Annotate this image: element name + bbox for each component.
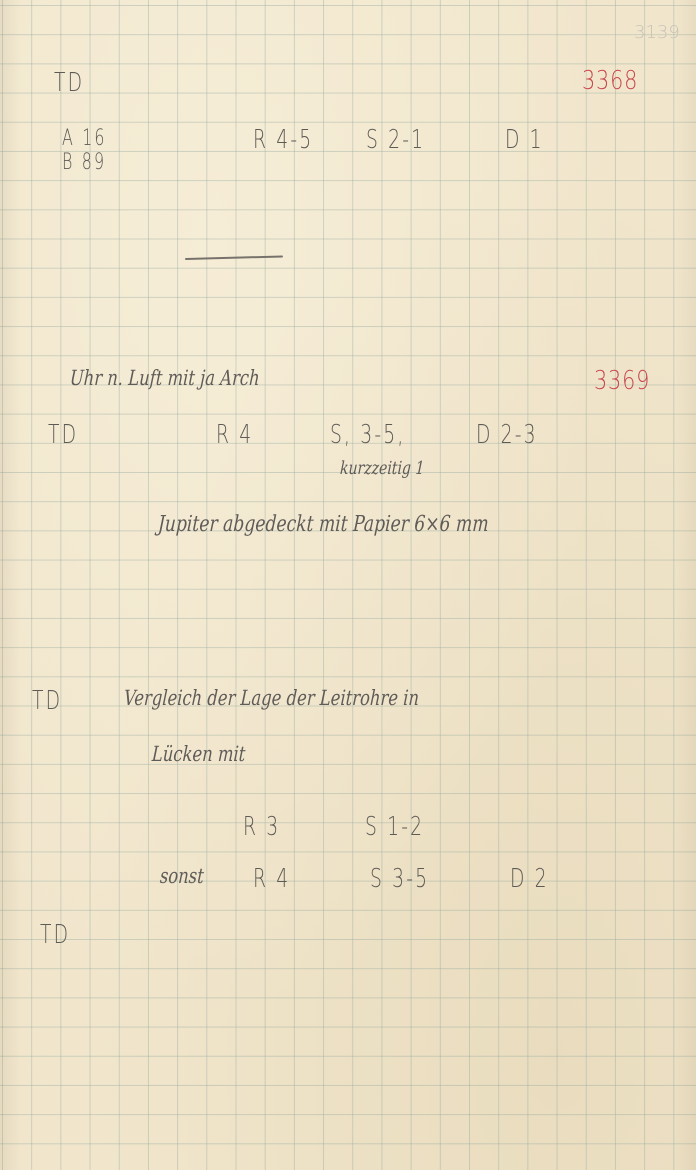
- reading-r: R 3: [243, 812, 280, 842]
- entry-label-td: TD: [48, 420, 78, 450]
- reading-s: S 1-2: [365, 812, 424, 842]
- reading-r: R 4: [253, 864, 290, 894]
- separator-line: [185, 255, 283, 260]
- entry-remark: Jupiter abgedeckt mit Papier 6×6 mm: [157, 512, 489, 537]
- entry-number: 3368: [582, 66, 638, 96]
- reading-r: R 4-5: [253, 125, 313, 155]
- reading-d: D 2-3: [476, 420, 538, 450]
- reading-s: S 2-1: [366, 125, 425, 155]
- value-b: B 89: [62, 152, 106, 174]
- entry-label-td: TD: [40, 920, 70, 950]
- entry-number: 3369: [594, 366, 650, 396]
- value-a: A 16: [62, 128, 107, 150]
- reading-s: S 3-5: [370, 864, 429, 894]
- entry-label-td: TD: [54, 68, 84, 98]
- entry-note: Uhr n. Luft mit ja Arch: [69, 366, 260, 390]
- readings-prefix: sonst: [159, 864, 204, 888]
- reading-d: D 2: [510, 864, 549, 894]
- entry-note-line-1: Vergleich der Lage der Leitrohre in: [123, 686, 419, 710]
- entry-note-line-2: Lücken mit: [151, 742, 246, 766]
- page-stamp-number: 3139: [634, 22, 680, 43]
- reading-d: D 1: [505, 125, 544, 155]
- entry-sub-note: kurzzeitig 1: [339, 458, 425, 479]
- reading-s: S, 3-5,: [330, 420, 405, 450]
- notebook-page: 3139 TD 3368 A 16 B 89 R 4-5 S 2-1 D 1 U…: [0, 0, 696, 1170]
- reading-r: R 4: [216, 420, 253, 450]
- entry-label-td: TD: [32, 686, 62, 716]
